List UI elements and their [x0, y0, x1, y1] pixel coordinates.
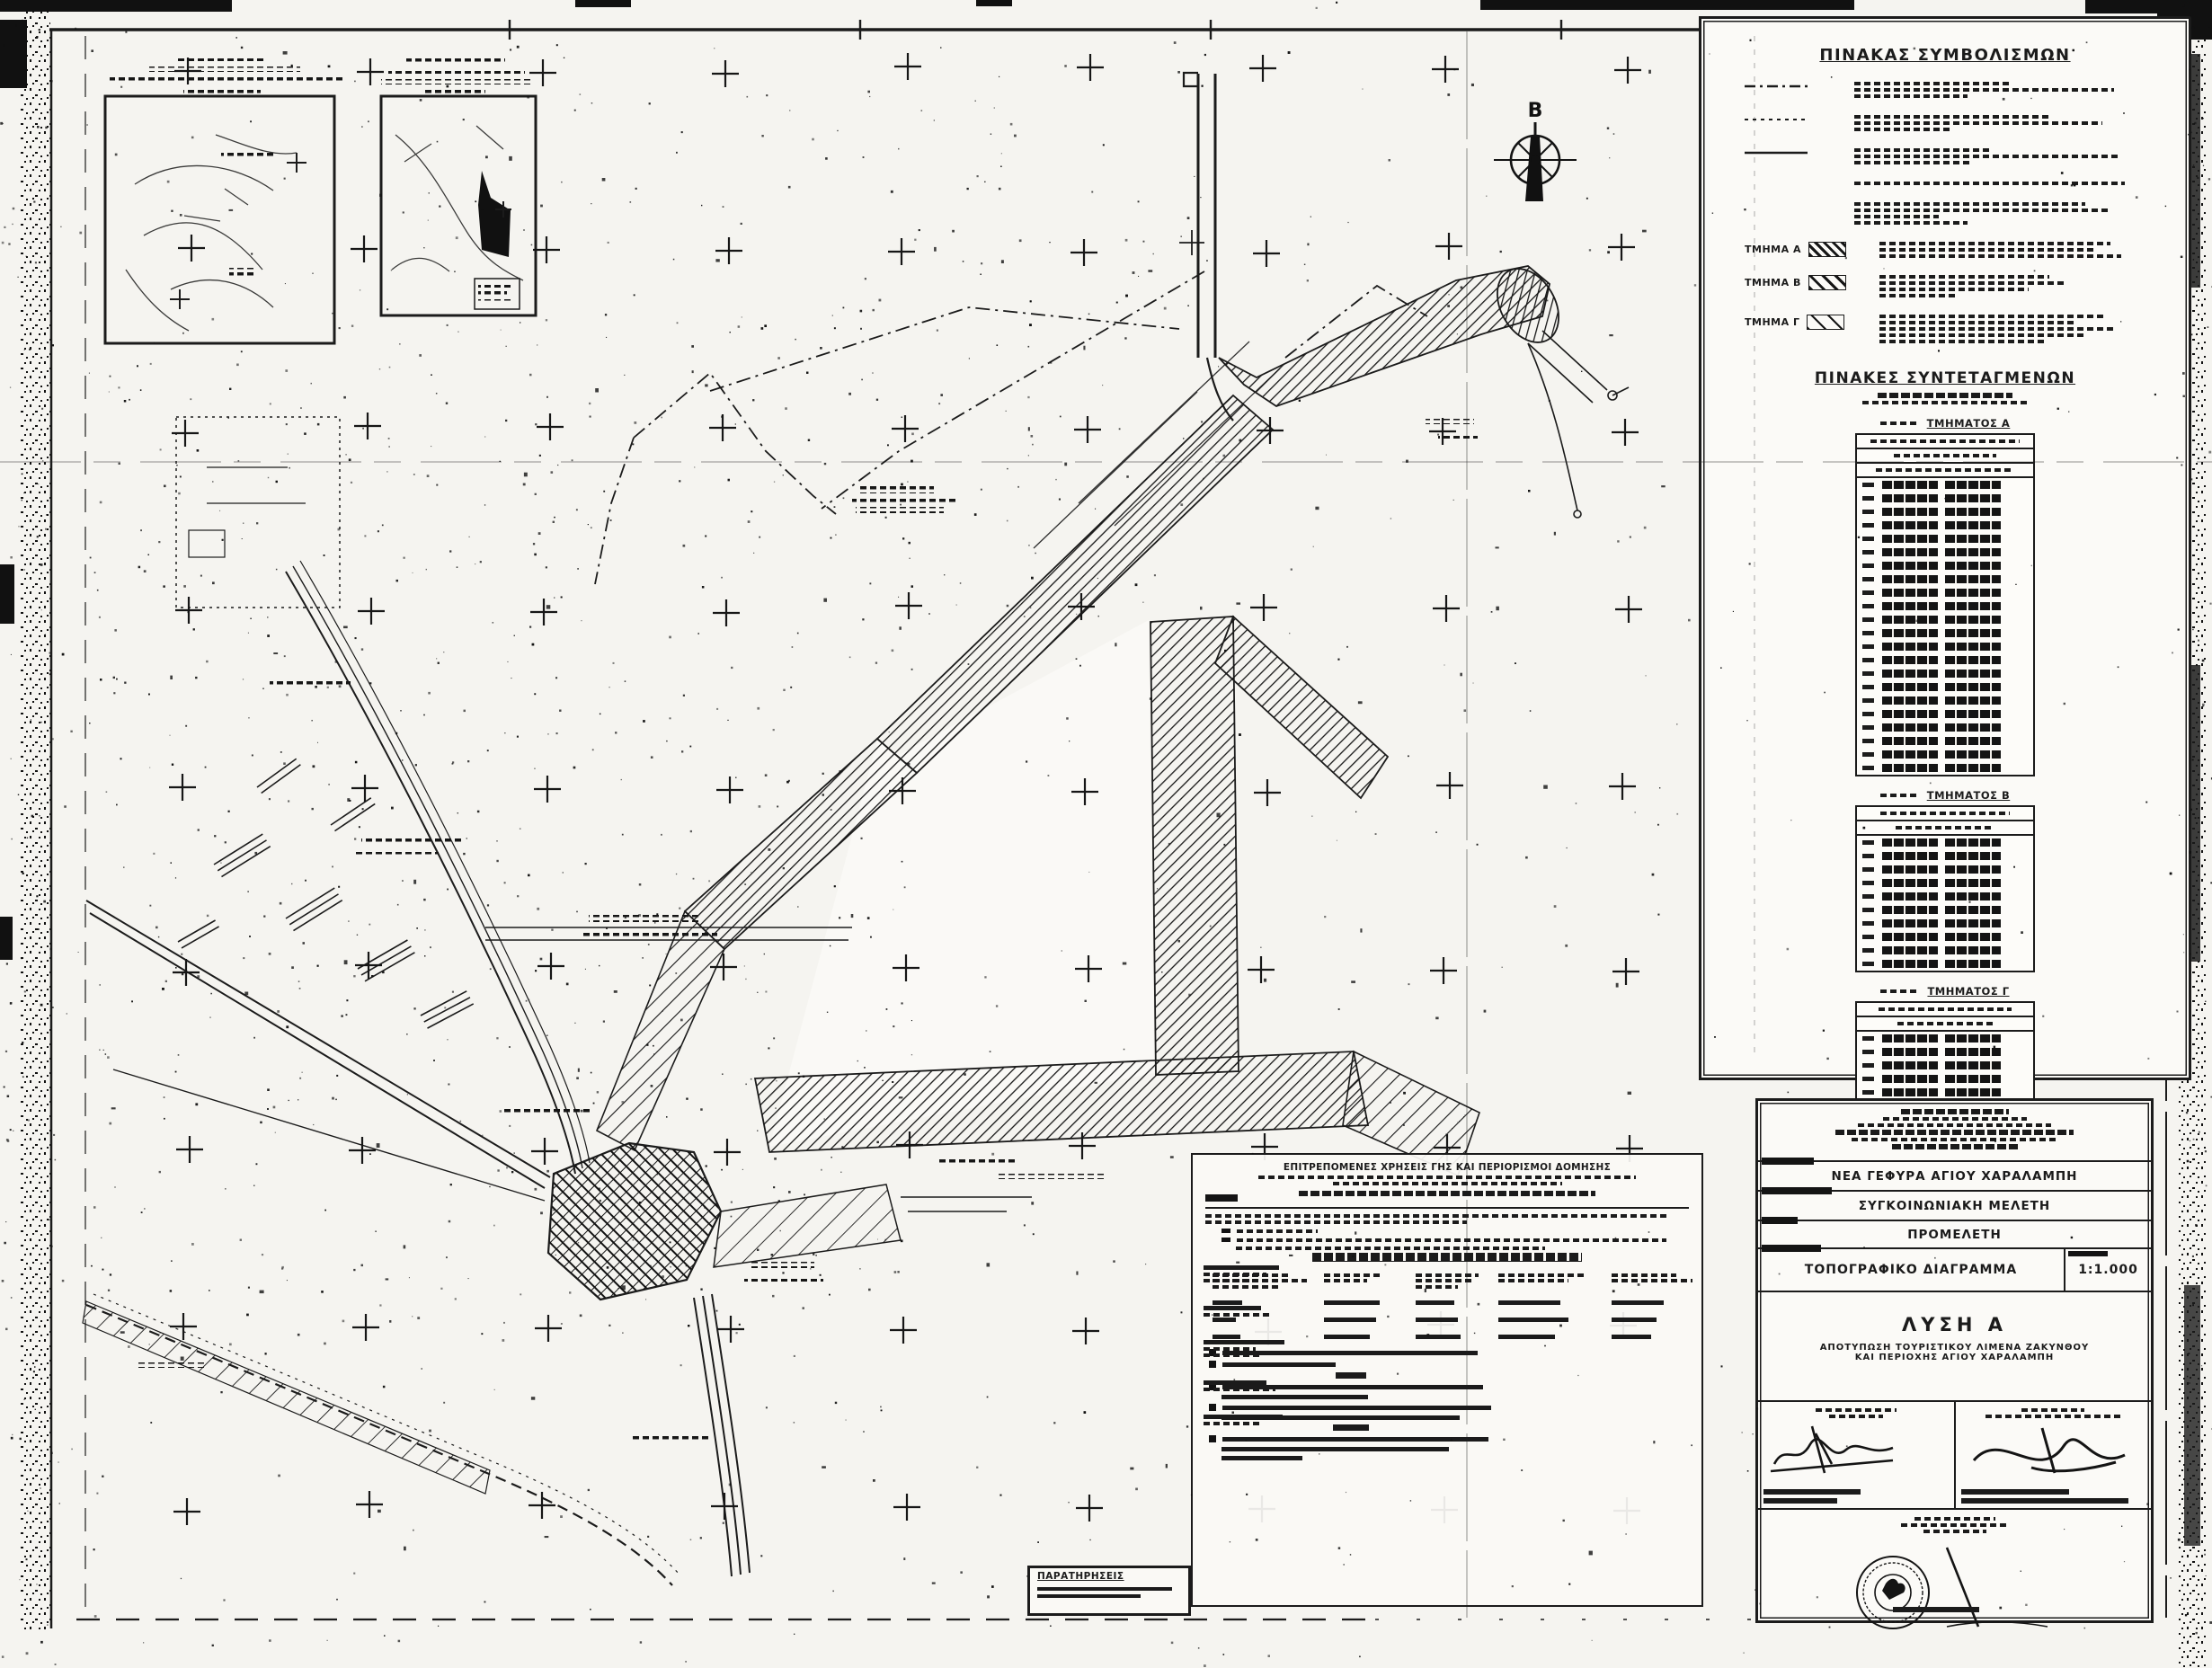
tmima-b-hatch-swatch	[1808, 275, 1846, 290]
coord-table-title-c: ΤΜΗΜΑΤΟΣ Γ	[1701, 985, 2189, 998]
legend-panel: ΠΙΝΑΚΑΣ ΣΥΜΒΟΛΙΣΜΩΝ ΤΜΗΜΑ Α ΤΜΗΜΑ Β	[1699, 16, 2191, 1080]
project-title: ΝΕΑ ΓΕΦΥΡΑ ΑΓΙΟΥ ΧΑΡΑΛΑΜΠΗ	[1832, 1169, 2078, 1184]
dashdot-line-symbol	[1745, 79, 1854, 91]
legend-row	[1701, 79, 2189, 101]
signatures-row	[1758, 1402, 2151, 1510]
coordinate-row	[1857, 613, 2033, 626]
study-row: ΣΥΓΚΟΙΝΩΝΙΑΚΗ ΜΕΛΕΤΗ	[1758, 1192, 2151, 1221]
signature-right	[1956, 1421, 2145, 1477]
inset-map-island	[105, 96, 334, 343]
land-use-header: ΕΠΙΤΡΕΠΟΜΕΝΕΣ ΧΡΗΣΕΙΣ ΓΗΣ ΚΑΙ ΠΕΡΙΟΡΙΣΜΟ…	[1205, 1162, 1689, 1173]
title-block: ΝΕΑ ΓΕΦΥΡΑ ΑΓΙΟΥ ΧΑΡΑΛΑΜΠΗ ΣΥΓΚΟΙΝΩΝΙΑΚΗ…	[1755, 1098, 2154, 1623]
coordinate-row	[1857, 876, 2033, 890]
legend-row-tmima-c: ΤΜΗΜΑ Γ	[1701, 312, 2189, 346]
inset-caption-right	[381, 58, 532, 95]
solution-subtitle-2: ΚΑΙ ΠΕΡΙΟΧΗΣ ΑΓΙΟΥ ΧΑΡΑΛΑΜΠΗ	[1758, 1353, 2151, 1362]
legend-row	[1701, 112, 2189, 134]
coordinates-title: ΠΙΝΑΚΕΣ ΣΥΝΤΕΤΑΓΜΕΝΩΝ	[1701, 369, 2189, 387]
coordinate-row	[1857, 890, 2033, 903]
coordinate-row	[1857, 519, 2033, 532]
signature-left	[1758, 1421, 1938, 1478]
solution-subtitle-1: ΑΠΟΤΥΠΩΣΗ ΤΟΥΡΙΣΤΙΚΟΥ ΛΙΜΕΝΑ ΖΑΚΥΝΘΟΥ	[1758, 1343, 2151, 1353]
tmima-a-hatch-swatch	[1808, 242, 1846, 257]
solid-line-symbol	[1745, 146, 1854, 157]
coordinate-row	[1857, 957, 2033, 971]
coordinate-row	[1857, 836, 2033, 849]
north-pier	[1179, 73, 1233, 421]
compass-north-label: Β	[1528, 100, 1543, 122]
coordinate-row	[1857, 930, 2033, 944]
coordinate-row	[1857, 863, 2033, 876]
stamp-box	[1758, 1510, 2151, 1620]
agency-header	[1758, 1101, 2151, 1162]
coord-table-title-a: ΤΜΗΜΑΤΟΣ Α	[1701, 417, 2189, 430]
coordinate-row	[1857, 903, 2033, 917]
coordinate-row	[1857, 721, 2033, 734]
legend-row	[1701, 200, 2189, 227]
coordinate-row	[1857, 653, 2033, 667]
coordinate-row	[1857, 640, 2033, 653]
coordinate-row	[1857, 1059, 2033, 1072]
coordinate-row	[1857, 532, 2033, 546]
coord-table-title-b: ΤΜΗΜΑΤΟΣ Β	[1701, 789, 2189, 802]
coordinate-row	[1857, 626, 2033, 640]
coordinate-row	[1857, 1032, 2033, 1045]
scanned-topographic-sheet: Β	[0, 0, 2212, 1668]
land-use-notes-block: ΕΠΙΤΡΕΠΟΜΕΝΕΣ ΧΡΗΣΕΙΣ ΓΗΣ ΚΑΙ ΠΕΡΙΟΡΙΣΜΟ…	[1191, 1153, 1703, 1607]
compass-rose: Β	[1494, 100, 1577, 201]
drawing-row: ΤΟΠΟΓΡΑΦΙΚΟ ΔΙΑΓΡΑΜΜΑ 1:1.000	[1758, 1249, 2151, 1292]
stage-title: ΠΡΟΜΕΛΕΤΗ	[1907, 1228, 2002, 1242]
scale-value: 1:1.000	[2078, 1263, 2138, 1277]
coordinate-row	[1857, 944, 2033, 957]
east-quay	[1150, 617, 1239, 1075]
tmima-a-label: ΤΜΗΜΑ Α	[1745, 244, 1801, 255]
notes-side-labels	[1204, 1263, 1311, 1449]
inset-location-maps	[105, 56, 536, 343]
solution-row: ΛΥΣΗ Α ΑΠΟΤΥΠΩΣΗ ΤΟΥΡΙΣΤΙΚΟΥ ΛΙΜΕΝΑ ΖΑΚΥ…	[1758, 1292, 2151, 1402]
inset-map-harbor	[381, 96, 536, 315]
remarks-box: ΠΑΡΑΤΗΡΗΣΕΙΣ	[1027, 1566, 1191, 1616]
study-title: ΣΥΓΚΟΙΝΩΝΙΑΚΗ ΜΕΛΕΤΗ	[1859, 1199, 2050, 1213]
coordinate-row	[1857, 559, 2033, 572]
coordinate-row	[1857, 748, 2033, 761]
coordinate-row	[1857, 734, 2033, 748]
remarks-title: ΠΑΡΑΤΗΡΗΣΕΙΣ	[1037, 1571, 1181, 1582]
legend-row-tmima-b: ΤΜΗΜΑ Β	[1701, 272, 2189, 300]
legend-title: ΠΙΝΑΚΑΣ ΣΥΜΒΟΛΙΣΜΩΝ	[1701, 46, 2189, 65]
scale-cell: 1:1.000	[2064, 1249, 2151, 1291]
building-clusters	[178, 759, 474, 1028]
coordinate-row	[1857, 1086, 2033, 1099]
signature-box-right	[1954, 1402, 2152, 1508]
dashed-line-symbol	[1745, 112, 1854, 124]
coordinate-row	[1857, 694, 2033, 707]
coordinate-table-b	[1855, 805, 2035, 972]
legend-row	[1701, 179, 2189, 188]
legend-row-tmima-a: ΤΜΗΜΑ Α	[1701, 239, 2189, 261]
coordinate-row	[1857, 505, 2033, 519]
coordinate-row	[1857, 680, 2033, 694]
coordinate-table-a	[1855, 433, 2035, 776]
coordinate-row	[1857, 849, 2033, 863]
coordinate-row	[1857, 492, 2033, 505]
coordinate-row	[1857, 572, 2033, 586]
signature-box-left	[1758, 1402, 1954, 1508]
inset-caption-left	[110, 56, 345, 93]
coordinate-row	[1857, 478, 2033, 492]
tmima-b-label: ΤΜΗΜΑ Β	[1745, 277, 1801, 288]
legend-row	[1701, 146, 2189, 167]
tmima-c-label: ΤΜΗΜΑ Γ	[1745, 316, 1799, 328]
coordinate-row	[1857, 586, 2033, 599]
tmima-c-hatch-swatch	[1807, 315, 1844, 330]
coordinate-row	[1857, 546, 2033, 559]
coordinate-row	[1857, 1072, 2033, 1086]
drawing-title: ΤΟΠΟΓΡΑΦΙΚΟ ΔΙΑΓΡΑΜΜΑ	[1805, 1263, 2017, 1277]
coordinate-row	[1857, 761, 2033, 775]
solution-title: ΛΥΣΗ Α	[1758, 1314, 2151, 1335]
coordinate-row	[1857, 707, 2033, 721]
round-seal	[1812, 1540, 2100, 1639]
coordinate-row	[1857, 917, 2033, 930]
coordinate-row	[1857, 667, 2033, 680]
coordinate-row	[1857, 1045, 2033, 1059]
coordinate-row	[1857, 599, 2033, 613]
